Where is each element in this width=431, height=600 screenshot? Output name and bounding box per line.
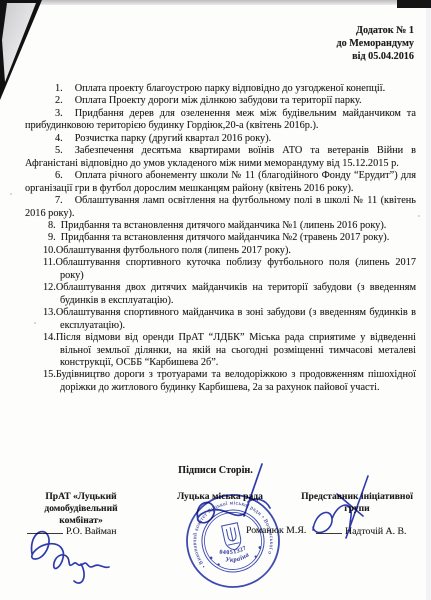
item-text: Придбання дерев для озеленення меж між б… (25, 108, 416, 131)
header-line-date: від 05.04.2016 (337, 50, 414, 63)
header-line-memorandum: до Меморандуму (337, 37, 414, 50)
list-item: 15.Будівництво дороги з тротуарами та ве… (25, 369, 416, 394)
item-text: Придбання та встановлення дитячого майда… (61, 220, 387, 231)
party1-line: домобудівельний (25, 503, 137, 515)
item-text: Облаштування спортивного майданчика в зо… (56, 307, 416, 330)
item-number: 7. (55, 195, 63, 206)
item-text: Розчистка парку (другий квартал 2016 рок… (75, 133, 271, 144)
item-number: 8. (48, 220, 56, 231)
item-number: 2. (55, 95, 63, 106)
item-number: 13. (43, 307, 56, 318)
item-text: Після відмови від оренди ПрАТ “ЛДБК” Міс… (56, 332, 416, 368)
scan-speck (418, 215, 420, 217)
list-item: 5.Забезпечення десятьма квартирами воїні… (25, 145, 416, 170)
item-text: Облаштування двох дитячих майданчиків на… (56, 282, 416, 305)
list-item: 13.Облаштування спортивного майданчика в… (25, 307, 416, 332)
list-item: 4.Розчистка парку (другий квартал 2016 р… (25, 133, 416, 145)
list-item: 7.Облаштування ламп освітлення на футбол… (25, 195, 416, 220)
list-item: 10.Облаштування футбольного поля (липень… (25, 245, 416, 257)
signature-scribble-party1 (24, 524, 124, 594)
signature-scribble-party2 (186, 458, 281, 540)
item-number: 3. (55, 108, 63, 119)
list-item: 1.Оплата проекту благоустрою парку відпо… (25, 83, 416, 95)
obligations-list: 1.Оплата проекту благоустрою парку відпо… (25, 83, 416, 394)
item-number: 12. (43, 282, 56, 293)
item-text: Забезпечення десятьма квартирами воїнів … (25, 145, 416, 168)
list-item: 8.Придбання та встановлення дитячого май… (25, 220, 416, 232)
item-text: Придбання та встановлення дитячого майда… (61, 232, 390, 243)
scan-artifact-top-right (397, 0, 431, 8)
party1-line: ПрАТ «Луцький (25, 491, 137, 503)
item-text: Облаштування футбольного поля (липень 20… (56, 245, 291, 256)
item-number: 9. (48, 232, 56, 243)
item-text: Оплата річного абонементу школи № 11 (бл… (25, 170, 416, 193)
list-item: 11.Облаштування спортивного куточка побл… (25, 257, 416, 282)
scan-edge-top (0, 0, 431, 5)
list-item: 6.Оплата річного абонементу школи № 11 (… (25, 170, 416, 195)
item-number: 11. (43, 257, 56, 268)
list-item: 2.Оплата Проекту дороги між ділнкою забу… (25, 95, 416, 107)
item-text: Будівництво дороги з тротуарами та велод… (56, 369, 416, 392)
item-number: 1. (55, 83, 63, 94)
scan-speck (10, 193, 12, 195)
scan-edge-right (426, 0, 431, 600)
party1-name-block: ПрАТ «Луцький домобудівельний комбінат» (25, 491, 137, 526)
item-number: 4. (55, 133, 63, 144)
item-text: Облаштування ламп освітлення на футбольн… (25, 195, 416, 218)
item-number: 5. (55, 145, 63, 156)
list-item: 14.Після відмови від оренди ПрАТ “ЛДБК” … (25, 332, 416, 369)
document-header: Додаток № 1 до Меморандуму від 05.04.201… (337, 24, 414, 64)
item-number: 14. (43, 332, 56, 343)
signature-scribble-party3 (303, 472, 393, 548)
item-text: Оплата Проекту дороги між ділнкою забудо… (75, 95, 362, 106)
item-text: Облаштування спортивного куточка поблизу… (56, 257, 417, 280)
item-number: 15. (43, 369, 56, 380)
item-text: Оплата проекту благоустрою парку відпові… (75, 83, 385, 94)
list-item: 12.Облаштування двох дитячих майданчиків… (25, 282, 416, 307)
list-item: 3.Придбання дерев для озеленення меж між… (25, 108, 416, 133)
scanned-document-page: Додаток № 1 до Меморандуму від 05.04.201… (0, 0, 431, 600)
header-line-annex: Додаток № 1 (337, 24, 414, 37)
item-number: 10. (43, 245, 56, 256)
item-number: 6. (55, 170, 63, 181)
list-item: 9.Придбання та встановлення дитячого май… (25, 232, 416, 244)
